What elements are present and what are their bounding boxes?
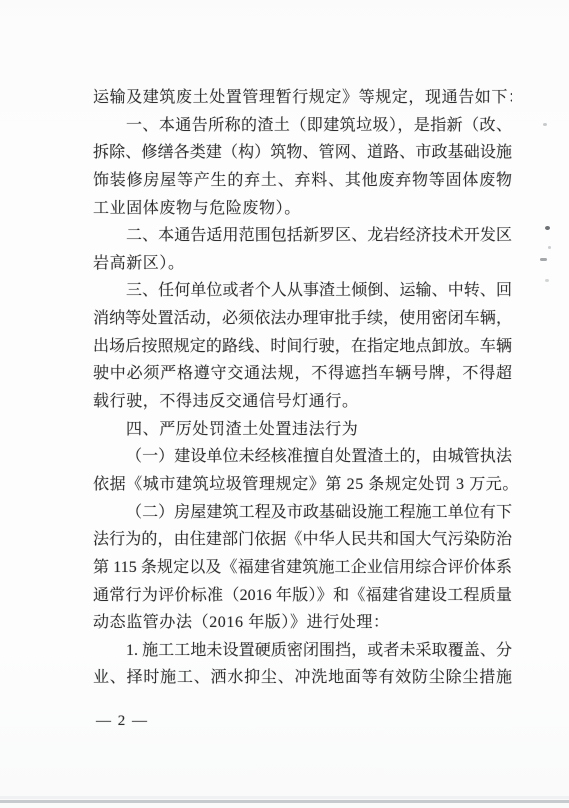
text-line: 载行驶，不得违反交通信号灯通行。	[93, 388, 512, 416]
text-line: 通常行为评价标准（2016 年版）》和《福建省建设工程质量安全	[93, 582, 512, 610]
text-line: 依据《城市建筑垃圾管理规定》第 25 条规定处罚 3 万元。	[93, 471, 512, 499]
text-line: 驶中必须严格遵守交通法规，不得遮挡车辆号牌，不得超速、超	[93, 360, 512, 388]
scan-bottom-edge	[0, 800, 569, 803]
text-line: 四、严厉处罚渣土处置违法行为	[93, 416, 512, 444]
text-line: 运输及建筑废土处置管理暂行规定》等规定，现通告如下：	[93, 84, 512, 112]
text-line: （二）房屋建筑工程及市政基础设施工程施工单位有下列违	[93, 499, 512, 527]
scan-noise-speck	[540, 258, 547, 261]
text-line: 饰装修房屋等产生的弃土、弃料、其他废弃物等固体废物（不含	[93, 167, 512, 195]
document-page: 运输及建筑废土处置管理暂行规定》等规定，现通告如下：一、本通告所称的渣土（即建筑…	[0, 0, 569, 808]
scan-bottom-edge-light	[0, 796, 569, 799]
scan-noise-speck	[543, 123, 547, 126]
text-line: 业、择时施工、洒水抑尘、冲洗地面等有效防尘除尘措施的，处	[93, 664, 512, 692]
text-line: 消纳等处置活动，必须依法办理审批手续，使用密闭车辆，净车	[93, 305, 512, 333]
text-line: 出场后按照规定的路线、时间行驶，在指定地点卸放。车辆在行	[93, 333, 512, 361]
text-line: 第 115 条规定以及《福建省建筑施工企业信用综合评价体系企业	[93, 554, 512, 582]
text-line: 三、任何单位或者个人从事渣土倾倒、运输、中转、回填、	[93, 277, 512, 305]
document-text-block: 运输及建筑废土处置管理暂行规定》等规定，现通告如下：一、本通告所称的渣土（即建筑…	[93, 84, 512, 692]
text-line: 工业固体废物与危险废物）。	[93, 195, 512, 223]
text-line: 法行为的，由住建部门依据《中华人民共和国大气污染防治法》	[93, 526, 512, 554]
scan-noise-speck	[545, 226, 550, 230]
page-number: — 2 —	[96, 711, 149, 731]
text-line: 一、本通告所称的渣土（即建筑垃圾），是指新（改、扩）建、	[93, 112, 512, 140]
text-line: 二、本通告适用范围包括新罗区、龙岩经济技术开发区（龙	[93, 222, 512, 250]
scan-noise-speck	[548, 246, 551, 249]
text-line: 动态监管办法（2016 年版）》进行处理：	[93, 609, 512, 637]
text-line: 岩高新区）。	[93, 250, 512, 278]
scan-noise-speck	[545, 279, 549, 282]
text-line: 拆除、修缮各类建（构）筑物、管网、道路、市政基础设施及装	[93, 139, 512, 167]
text-line: （一）建设单位未经核准擅自处置渣土的，由城管执法部门	[93, 443, 512, 471]
text-line: 1. 施工工地未设置硬质密闭围挡，或者未采取覆盖、分段作	[93, 637, 512, 665]
